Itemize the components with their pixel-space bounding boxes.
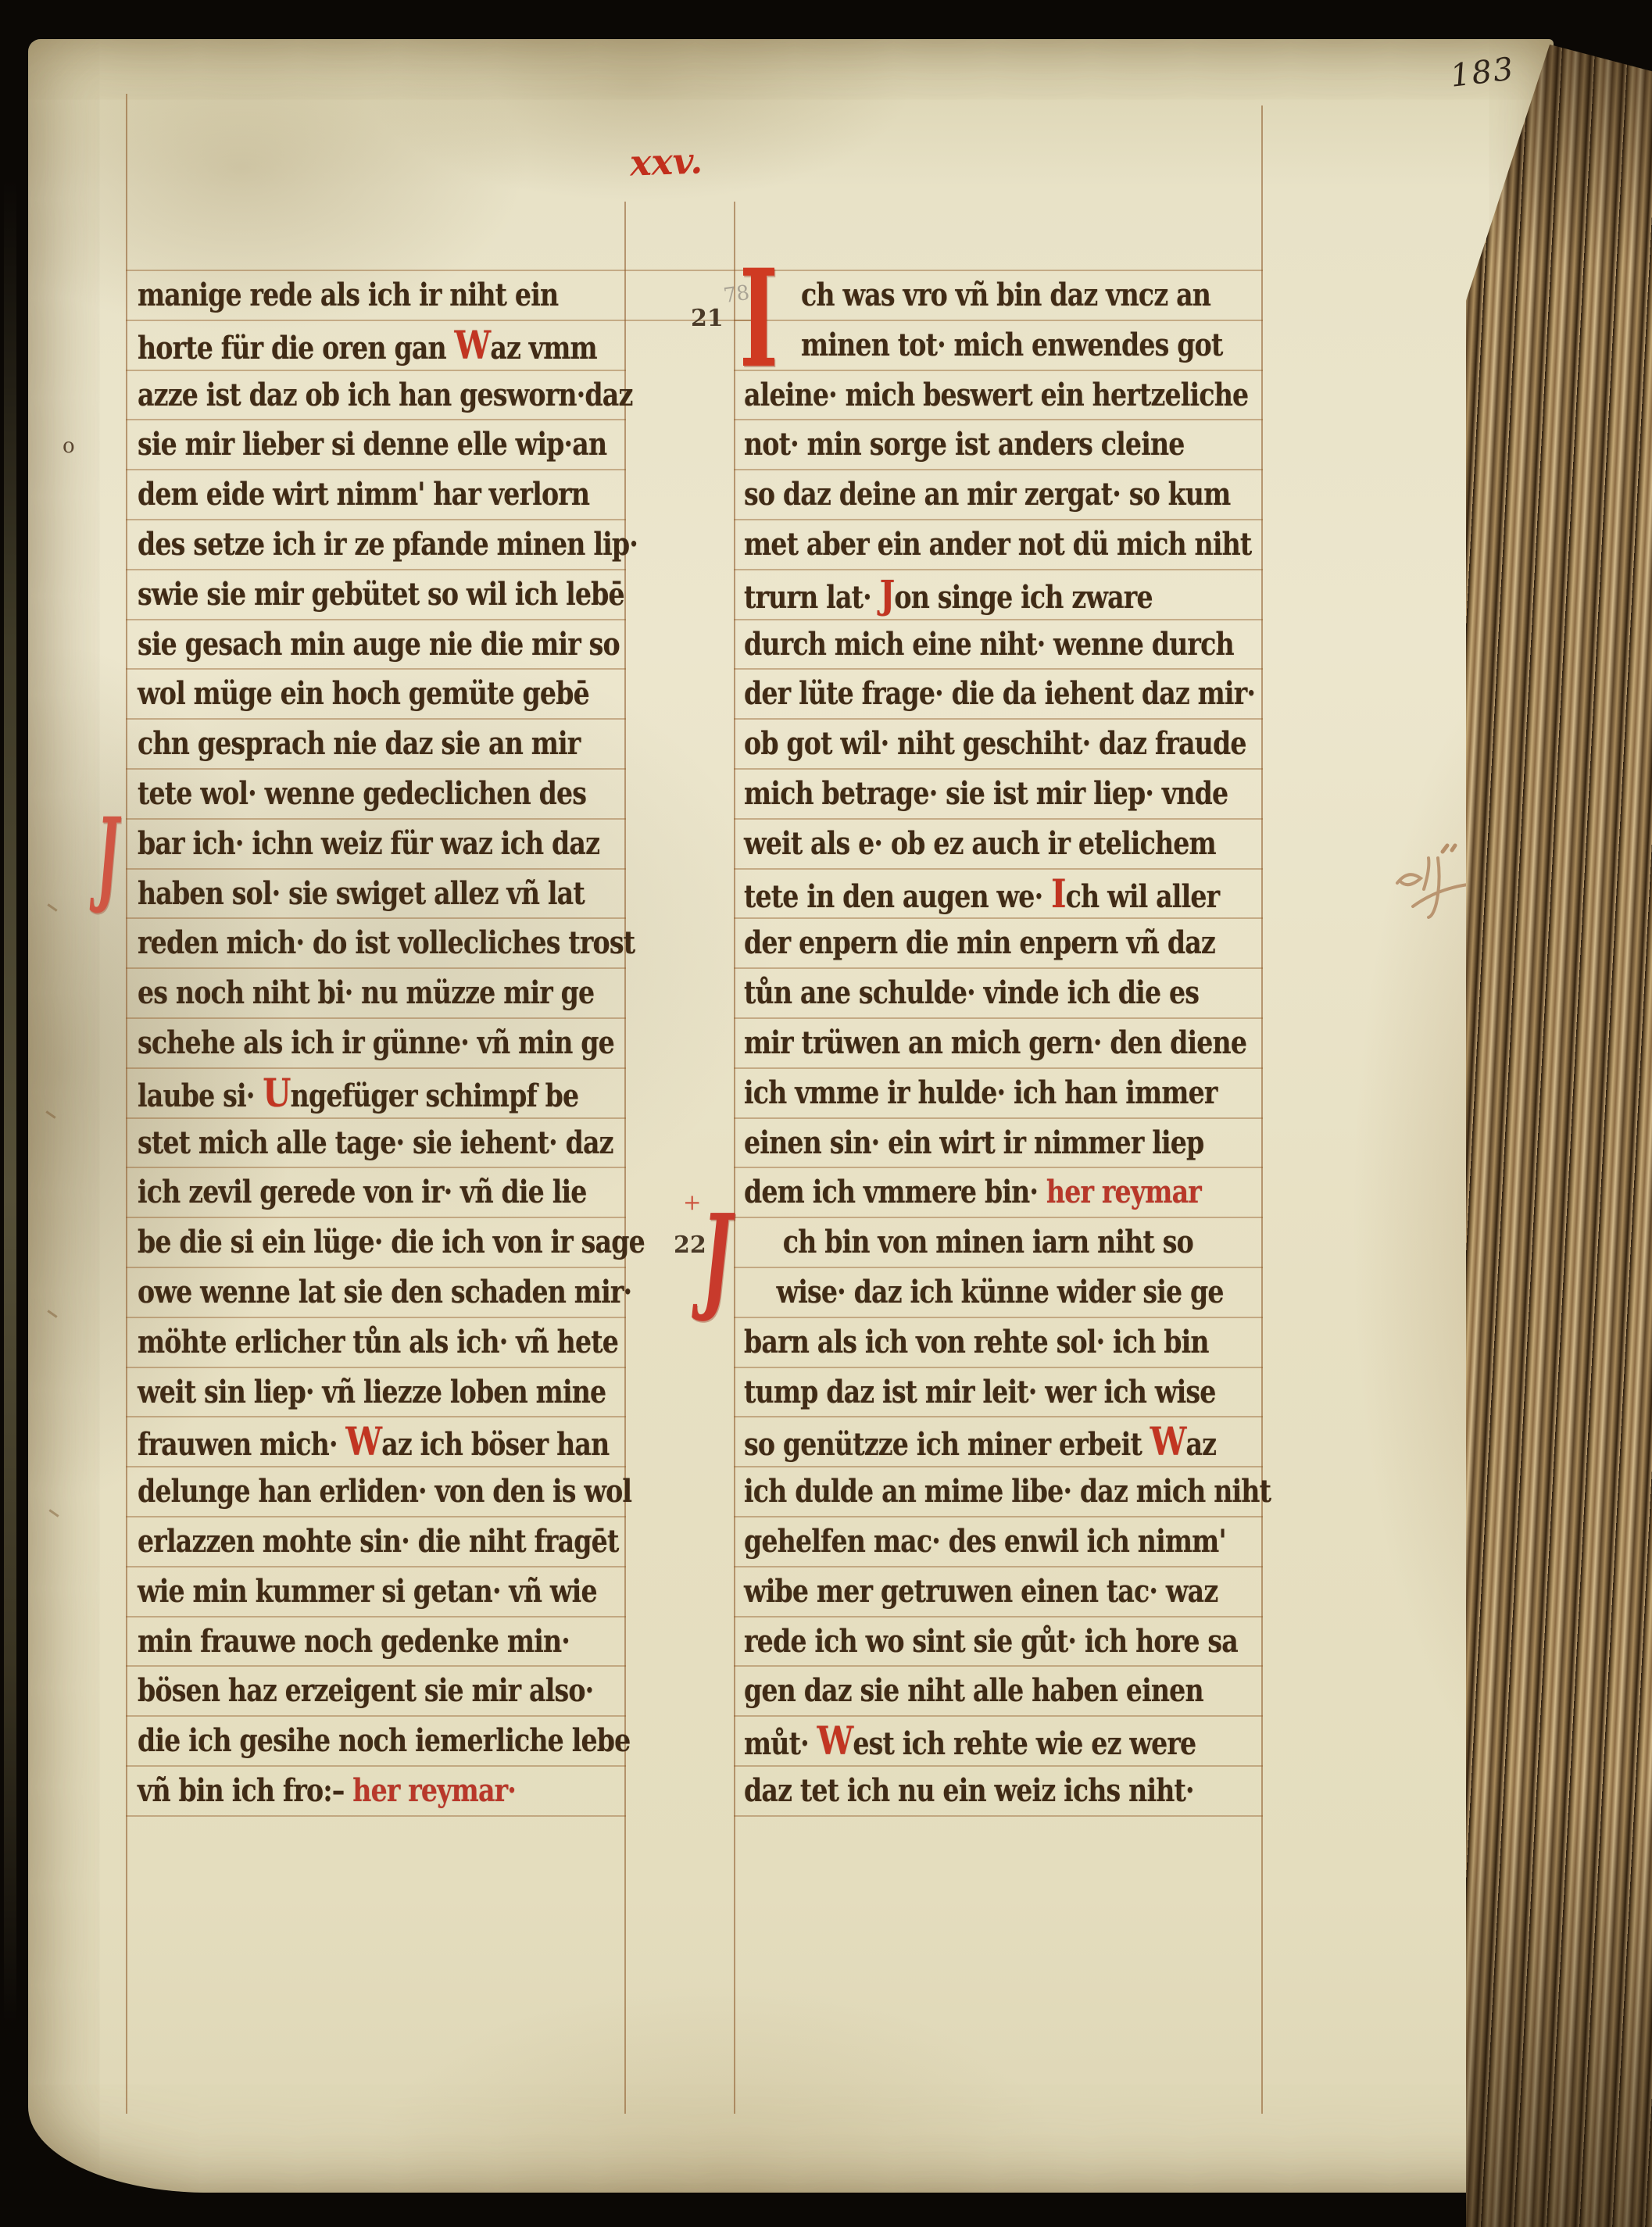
ink-text: chn gesprach nie daz sie an mir [138,725,580,762]
text-line: gen daz sie niht alle haben einen [744,1668,1203,1718]
ink-text: az [1185,1426,1216,1463]
ink-text: gen daz sie niht alle haben einen [744,1672,1203,1709]
red-initial-letter: W [1150,1418,1186,1464]
text-line: dem ich vmmere bin· her reymar [744,1170,1201,1220]
ink-text: az ich böser han [381,1426,609,1463]
ink-text: owe wenne lat sie den schaden mir· [138,1274,631,1310]
text-line: ich zevil gerede von ir· vñ die lie [138,1170,587,1220]
ink-text: ich dulde an mime libe· daz mich niht [744,1473,1271,1510]
text-line: rede ich wo sint sie gůt· ich hore sa [744,1619,1238,1669]
text-line: trurn lat· Jon singe ich zware [744,572,1153,622]
ink-text: dem eide wirt nimm' har verlorn [138,476,589,513]
ink-text: mir trüwen an mich gern· den diene [744,1024,1246,1061]
text-line: min frauwe noch gedenke min· [138,1619,570,1669]
ink-text: so genützze ich miner erbeit [744,1426,1150,1463]
ink-text: laube si· [138,1078,263,1114]
ink-text: wise· daz ich künne wider sie ge [777,1274,1224,1310]
margin-ring-mark: o [63,434,75,458]
text-line: schehe als ich ir günne· vñ min ge [138,1021,614,1071]
text-line: tůn ane schulde· vinde ich die es [744,971,1199,1021]
text-line: vñ bin ich fro:– her reymar· [138,1768,516,1818]
text-line: so genützze ich miner erbeit Waz [744,1419,1216,1469]
text-line: wie min kummer si getan· vñ wie [138,1569,597,1619]
margin-cross-mark: + [683,1189,701,1215]
red-initial-letter: U [263,1070,290,1116]
ink-text: schehe als ich ir günne· vñ min ge [138,1024,614,1061]
ink-text: ich vmme ir hulde· ich han immer [744,1074,1218,1111]
ink-text: horte für die oren gan [138,330,455,366]
text-line: ich vmme ir hulde· ich han immer [744,1071,1218,1121]
text-line: ob got wil· niht geschiht· daz fraude [744,721,1246,771]
rubric-text: her reymar [1046,1174,1201,1210]
ink-text: est ich rehte wie ez were [853,1725,1196,1762]
text-line: durch mich eine niht· wenne durch [744,622,1234,672]
text-line: ch bin von minen iarn niht so [744,1220,1193,1270]
text-line: dem eide wirt nimm' har verlorn [138,472,589,522]
ink-text: ch wil aller [1066,878,1220,915]
manuscript-photo: manige rede als ich ir niht einhorte für… [0,0,1652,2227]
ink-text: einen sin· ein wirt ir nimmer liep [744,1124,1203,1161]
ink-text: ch bin von minen iarn niht so [783,1224,1193,1260]
ink-text: trurn lat· [744,579,880,616]
ink-text: bösen haz erzeigent sie mir also· [138,1672,593,1709]
ink-text: ch was vro vñ bin daz vncz an [801,277,1210,313]
binding-gutter-edge [4,180,16,2024]
text-line: bar ich· ichn weiz für waz ich daz [138,821,599,871]
ink-text: so daz deine an mir zergat· so kum [744,476,1230,513]
text-line: tump daz ist mir leit· wer ich wise [744,1370,1216,1420]
text-line: wol müge ein hoch gemüte gebē [138,671,589,721]
red-initial-letter: J [880,571,895,617]
ink-text: haben sol· sie swiget allez vñ lat [138,875,585,912]
ink-text: der enpern die min enpern vñ daz [744,924,1215,961]
text-line: aleine· mich beswert ein hertzeliche [744,373,1248,423]
ruled-line-vertical [126,94,127,2114]
ink-text: wibe mer getruwen einen tac· waz [744,1573,1218,1610]
text-line: es noch niht bi· nu müzze mir ge [138,971,594,1021]
red-initial-letter: W [455,322,491,368]
text-line: delunge han erliden· von den is wol [138,1469,631,1519]
ink-text: barn als ich von rehte sol· ich bin [744,1324,1209,1360]
ink-text: manige rede als ich ir niht ein [138,277,558,313]
text-line: můt· West ich rehte wie ez were [744,1718,1196,1768]
text-line: sie mir lieber si denne elle wip·an [138,422,606,472]
text-line: azze ist daz ob ich han gesworn·daz [138,373,632,423]
ink-text: erlazzen mohte sin· die niht fragēt [138,1523,618,1560]
text-line: mich betrage· sie ist mir liep· vnde [744,771,1228,821]
ink-text: ich zevil gerede von ir· vñ die lie [138,1174,587,1210]
text-line: wibe mer getruwen einen tac· waz [744,1569,1218,1619]
ink-text: ngefüger schimpf be [291,1078,579,1114]
ink-text: des setze ich ir ze pfande minen lip· [138,526,638,563]
text-line: chn gesprach nie daz sie an mir [138,721,580,771]
ink-text: frauwen mich· [138,1426,345,1463]
text-line: erlazzen mohte sin· die niht fragēt [138,1519,618,1569]
ink-text: tump daz ist mir leit· wer ich wise [744,1374,1216,1410]
text-line: barn als ich von rehte sol· ich bin [744,1320,1209,1370]
ink-text: minen tot· mich enwendes got [801,327,1222,363]
stanza-number-note: 21 [691,305,724,332]
red-initial-letter: I [1051,870,1066,917]
ink-text: be die si ein lüge· die ich von ir sage [138,1224,645,1260]
text-line: reden mich· do ist vollecliches trost [138,920,635,971]
text-line: stet mich alle tage· sie iehent· daz [138,1121,613,1171]
ink-text: der lüte frage· die da iehent daz mir· [744,675,1255,712]
ink-text: az vmm [490,330,596,366]
ink-text: tůn ane schulde· vinde ich die es [744,974,1199,1011]
ink-text: ob got wil· niht geschiht· daz fraude [744,725,1246,762]
ink-text: weit als e· ob ez auch ir etelichem [744,825,1216,862]
text-line: swie sie mir gebütet so wil ich lebē [138,572,624,622]
ink-text: rede ich wo sint sie gůt· ich hore sa [744,1623,1238,1660]
ink-text: tete wol· wenne gedeclichen des [138,775,586,812]
text-line: der enpern die min enpern vñ daz [744,920,1215,971]
text-line: laube si· Ungefüger schimpf be [138,1071,578,1121]
ink-text: es noch niht bi· nu müzze mir ge [138,974,594,1011]
text-line: haben sol· sie swiget allez vñ lat [138,871,585,921]
paragraph-initial-flourish: J [97,805,119,908]
ink-text: not· min sorge ist anders cleine [744,426,1185,463]
text-line: einen sin· ein wirt ir nimmer liep [744,1121,1203,1171]
text-line: bösen haz erzeigent sie mir also· [138,1668,593,1718]
text-line: not· min sorge ist anders cleine [744,422,1185,472]
text-line: be die si ein lüge· die ich von ir sage [138,1220,645,1270]
ink-text: wie min kummer si getan· vñ wie [138,1573,597,1610]
book-fore-edge [1466,0,1652,2227]
text-line: des setze ich ir ze pfande minen lip· [138,522,638,572]
ruled-line-vertical [624,202,626,2114]
text-line: sie gesach min auge nie die mir so [138,622,620,672]
ink-text: tete in den augen we· [744,878,1051,915]
red-initial-letter: W [817,1718,853,1764]
text-line: ich dulde an mime libe· daz mich niht [744,1469,1271,1519]
text-line: minen tot· mich enwendes got [744,323,1222,373]
ink-text: wol müge ein hoch gemüte gebē [138,675,589,712]
ink-text: on singe ich zware [894,579,1152,616]
text-line: tete in den augen we· Ich wil aller [744,871,1219,921]
text-line: frauwen mich· Waz ich böser han [138,1419,609,1469]
ruled-line-vertical [734,202,735,2114]
text-line: ch was vro vñ bin daz vncz an [744,273,1210,323]
text-line: mir trüwen an mich gern· den diene [744,1021,1246,1071]
ink-text: sie gesach min auge nie die mir so [138,626,620,663]
ink-text: můt· [744,1725,817,1762]
stanza-22-initial-letter: J [702,1199,732,1314]
text-line: weit als e· ob ez auch ir etelichem [744,821,1216,871]
ink-text: die ich gesihe noch iemerliche lebe [138,1722,630,1759]
red-initial-letter: W [345,1418,381,1464]
ink-text: vñ bin ich fro:– [138,1772,352,1809]
text-line: owe wenne lat sie den schaden mir· [138,1270,631,1320]
ink-text: aleine· mich beswert ein hertzeliche [744,377,1248,413]
ink-text: stet mich alle tage· sie iehent· daz [138,1124,613,1161]
stanza-21-initial-letter: I [739,252,778,386]
text-line: möhte erlicher tůn als ich· vñ hete [138,1320,618,1370]
text-line: weit sin liep· vñ liezze loben mine [138,1370,606,1420]
text-line: die ich gesihe noch iemerliche lebe [138,1718,630,1768]
ink-text: bar ich· ichn weiz für waz ich daz [138,825,599,862]
ink-text: azze ist daz ob ich han gesworn·daz [138,377,632,413]
ruled-line-vertical [1261,105,1263,2114]
ink-text: weit sin liep· vñ liezze loben mine [138,1374,606,1410]
ink-text: mich betrage· sie ist mir liep· vnde [744,775,1228,812]
text-line: so daz deine an mir zergat· so kum [744,472,1230,522]
stanza-number-note: 22 [674,1231,706,1259]
ink-text: min frauwe noch gedenke min· [138,1623,570,1660]
text-line: horte für die oren gan Waz vmm [138,323,597,373]
ink-text: gehelfen mac· des enwil ich nimm' [744,1523,1226,1560]
ink-text: sie mir lieber si denne elle wip·an [138,426,606,463]
ink-text: dem ich vmmere bin· [744,1174,1046,1210]
ink-text: swie sie mir gebütet so wil ich lebē [138,576,624,613]
text-line: wise· daz ich künne wider sie ge [744,1270,1224,1320]
text-line: manige rede als ich ir niht ein [138,273,558,323]
ink-text: möhte erlicher tůn als ich· vñ hete [138,1324,618,1360]
text-line: der lüte frage· die da iehent daz mir· [744,671,1255,721]
text-line: gehelfen mac· des enwil ich nimm' [744,1519,1226,1569]
ink-text: reden mich· do ist vollecliches trost [138,924,635,961]
pencil-foliation-note: 78 [722,281,751,308]
ink-text: met aber ein ander not dü mich niht [744,526,1251,563]
text-line: met aber ein ander not dü mich niht [744,522,1251,572]
column-header-numeral: xxv. [629,139,703,184]
text-line: tete wol· wenne gedeclichen des [138,771,586,821]
ink-text: delunge han erliden· von den is wol [138,1473,631,1510]
rubric-text: her reymar· [352,1772,516,1809]
ink-text: durch mich eine niht· wenne durch [744,626,1234,663]
ruled-line-horizontal [126,270,1263,271]
text-line: daz tet ich nu ein weiz ichs niht· [744,1768,1194,1818]
ink-text: daz tet ich nu ein weiz ichs niht· [744,1772,1194,1809]
